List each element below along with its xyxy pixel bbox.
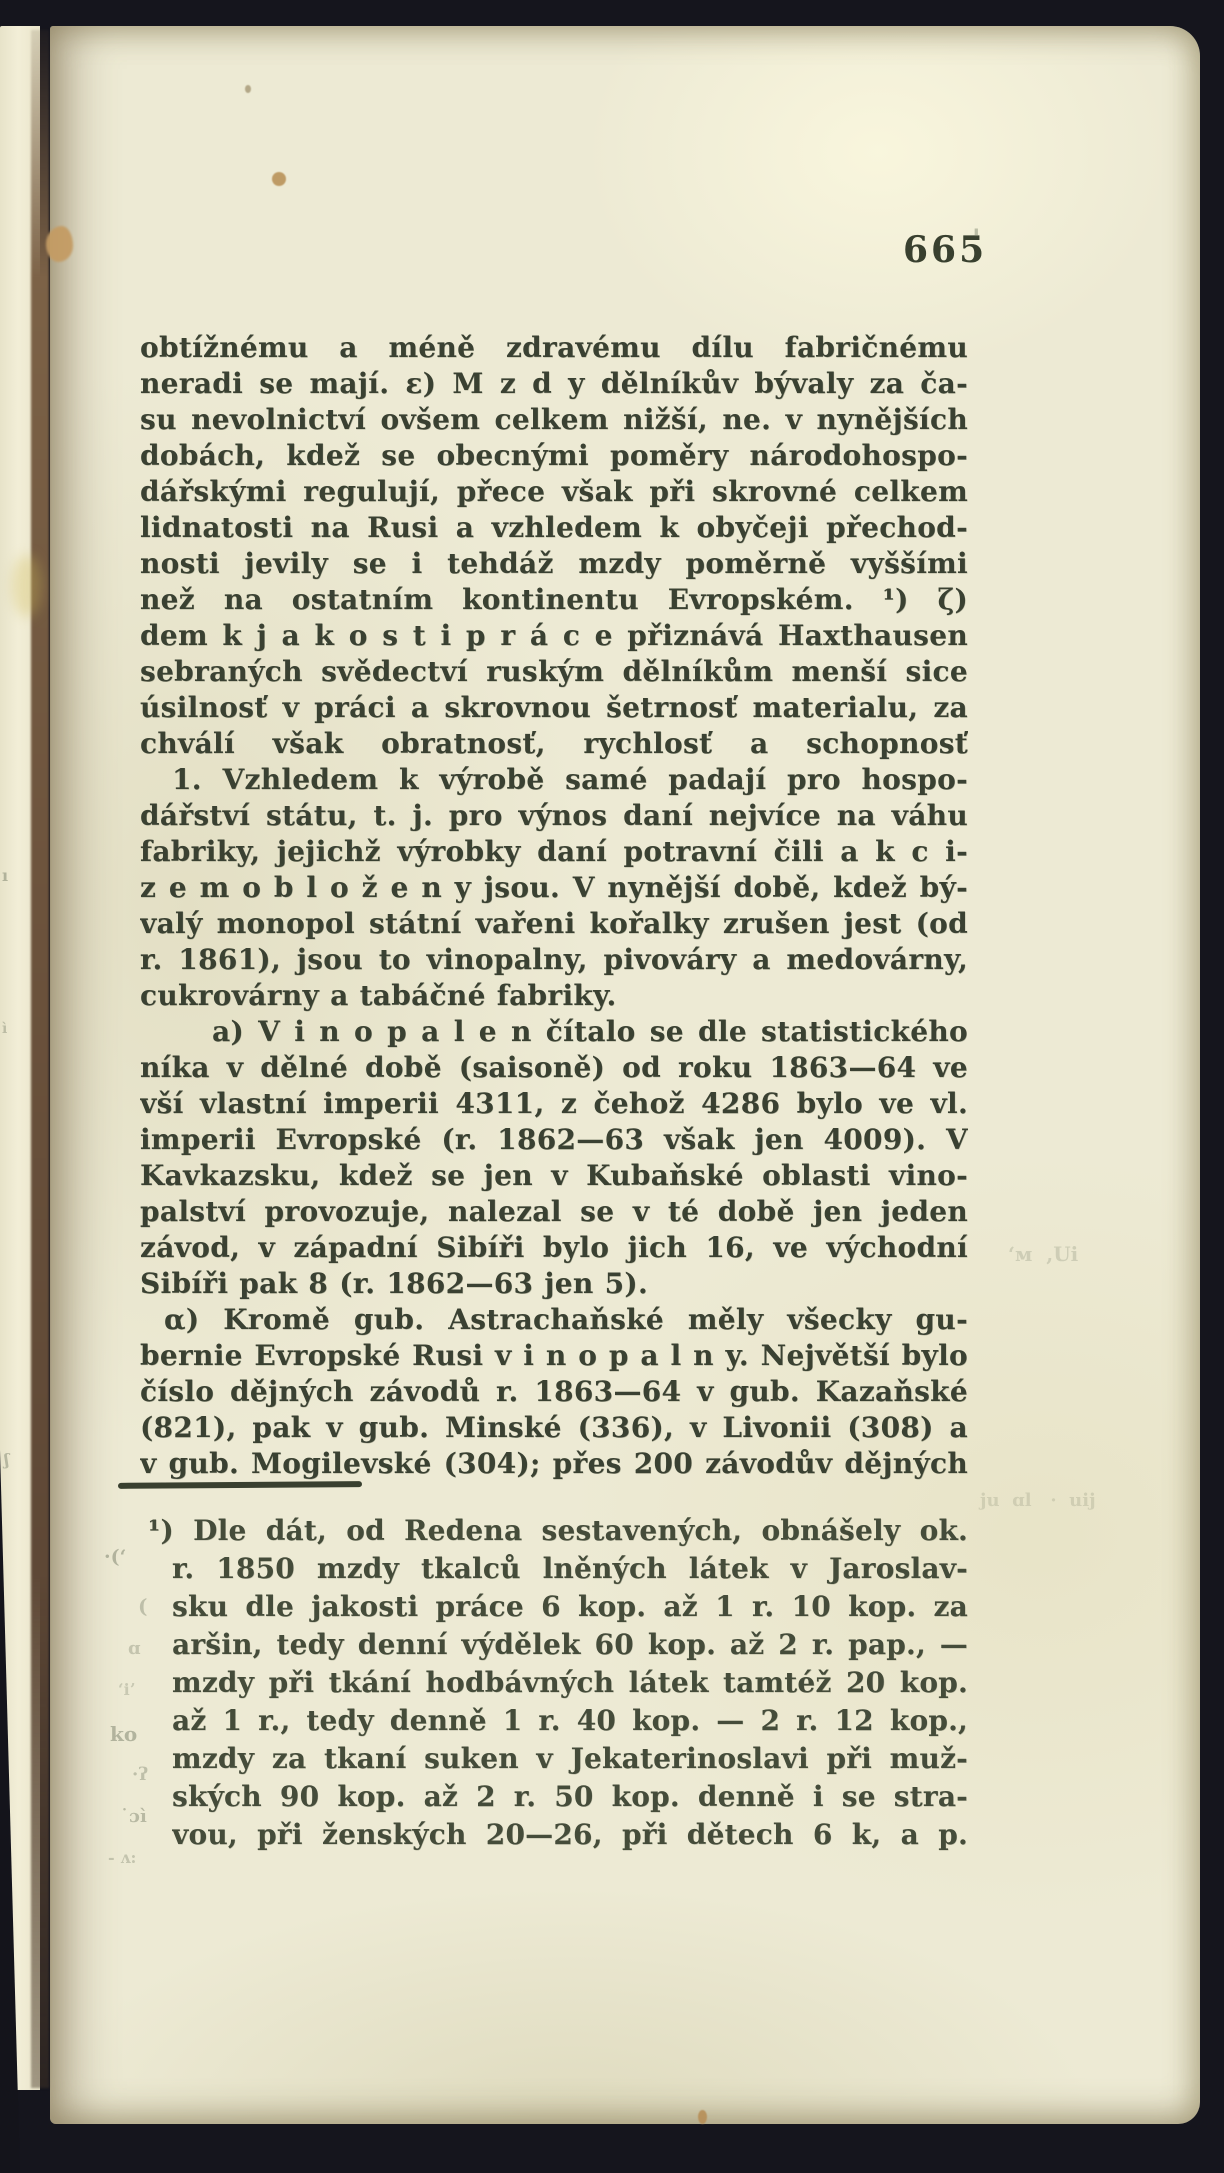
text-line: závod, v západní Sibíři bylo jich 16, ve…	[140, 1230, 968, 1266]
footnote-line: mzdy při tkání hodbávných látek tamtéž 2…	[172, 1664, 968, 1702]
footnote-line: sku dle jakosti práce 6 kop. až 1 r. 10 …	[172, 1588, 968, 1626]
text-line: chválí však obratnosť, rychlosť a schopn…	[140, 726, 968, 762]
ghost-mark: ì	[2, 1022, 7, 1036]
ghost-mark: '	[972, 226, 981, 254]
text-line: nosti jevily se i tehdáž mzdy poměrně vy…	[140, 546, 968, 582]
ghost-mark: ʃ	[4, 1452, 9, 1468]
text-line: 1. Vzhledem k výrobě samé padají pro hos…	[140, 762, 968, 798]
text-line: vší vlastní imperii 4311, z čehož 4286 b…	[140, 1086, 968, 1122]
text-line: číslo dějných závodů r. 1863—64 v gub. K…	[140, 1374, 968, 1410]
ghost-mark: ˙ɔì	[120, 1808, 147, 1826]
ghost-mark: ɑ	[128, 1640, 141, 1658]
text-line: dářství státu, t. j. pro výnos daní nejv…	[140, 798, 968, 834]
text-line: su nevolnictví ovšem celkem nižší, ne. v…	[140, 402, 968, 438]
gutter-crease	[31, 30, 49, 2088]
body-text: obtížnému a méně zdravému dílu fabričném…	[140, 330, 968, 1482]
ghost-mark: ʻᴍ ,Ui	[1008, 1244, 1078, 1264]
stain	[698, 2110, 707, 2124]
text-line: dobách, kdež se obecnými poměry národoho…	[140, 438, 968, 474]
text-line: valý monopol státní vařeni kořalky zruše…	[140, 906, 968, 942]
text-line: neradi se mají. ε) M z d y dělníkův býva…	[140, 366, 968, 402]
text-line: cukrovárny a tabáčné fabriky.	[140, 978, 968, 1014]
stain	[12, 555, 42, 617]
footnote-line: vou, při ženských 20—26, při dětech 6 k,…	[172, 1816, 968, 1854]
footnote-line: r. 1850 mzdy tkalců lněných látek v Jaro…	[172, 1550, 968, 1588]
text-line: dem k j a k o s t i p r á c e přiznává H…	[140, 618, 968, 654]
text-line: úsilnosť v práci a skrovnou šetrnosť mat…	[140, 690, 968, 726]
ghost-mark: ı	[2, 868, 8, 884]
text-line: bernie Evropské Rusi v i n o p a l n y. …	[140, 1338, 968, 1374]
ghost-mark: ko	[110, 1724, 137, 1744]
scanned-book-photo: 665 obtížnému a méně zdravému dílu fabri…	[0, 0, 1224, 2173]
ghost-mark: ·ʔ	[132, 1766, 148, 1784]
text-line: a) V i n o p a l e n čítalo se dle stati…	[140, 1014, 968, 1050]
text-line: v gub. Mogilevské (304); přes 200 závodů…	[140, 1446, 968, 1482]
text-line: (821), pak v gub. Minské (336), v Livoni…	[140, 1410, 968, 1446]
text-line: Kavkazsku, kdež se jen v Kubaňské oblast…	[140, 1158, 968, 1194]
ghost-mark: (	[138, 1596, 147, 1616]
footnote-text: ¹) Dle dát, od Redena sestavených, obnáš…	[172, 1512, 968, 1854]
text-line: níka v dělné době (saisoně) od roku 1863…	[140, 1050, 968, 1086]
stain	[245, 85, 251, 93]
text-line: imperii Evropské (r. 1862—63 však jen 40…	[140, 1122, 968, 1158]
footnote-line: aršin, tedy denní výdělek 60 kop. až 2 r…	[172, 1626, 968, 1664]
stain	[46, 226, 73, 262]
text-line: Sibíři pak 8 (r. 1862—63 jen 5).	[140, 1266, 968, 1302]
text-line: obtížnému a méně zdravému dílu fabričném…	[140, 330, 968, 366]
text-line: r. 1861), jsou to vinopalny, pivováry a …	[140, 942, 968, 978]
text-line: palství provozuje, nalezal se v té době …	[140, 1194, 968, 1230]
stain	[272, 172, 286, 186]
footnote-line: ských 90 kop. až 2 r. 50 kop. denně i se…	[172, 1778, 968, 1816]
text-line: sebraných svědectví ruským dělníkům menš…	[140, 654, 968, 690]
text-line: lidnatosti na Rusi a vzhledem k obyčeji …	[140, 510, 968, 546]
ghost-mark: - ʌ:	[108, 1850, 136, 1866]
text-line: α) Kromě gub. Astrachaňské měly všecky g…	[140, 1302, 968, 1338]
text-line: dářskými regulují, přece však při skrovn…	[140, 474, 968, 510]
text-line: fabriky, jejichž výrobky daní potravní č…	[140, 834, 968, 870]
footnote-line: mzdy za tkaní suken v Jekaterinoslavi př…	[172, 1740, 968, 1778]
footnote-line: ¹) Dle dát, od Redena sestavených, obnáš…	[148, 1512, 968, 1550]
ghost-mark: ·(ʻ	[104, 1548, 126, 1567]
text-line: než na ostatním kontinentu Evropském. ¹)…	[140, 582, 968, 618]
ghost-mark: ju ɑl · uij	[980, 1492, 1096, 1510]
ghost-mark: ʻiʼ	[118, 1682, 135, 1698]
text-line: z e m o b l o ž e n y jsou. V nynější do…	[140, 870, 968, 906]
footnote-line: až 1 r., tedy denně 1 r. 40 kop. — 2 r. …	[172, 1702, 968, 1740]
